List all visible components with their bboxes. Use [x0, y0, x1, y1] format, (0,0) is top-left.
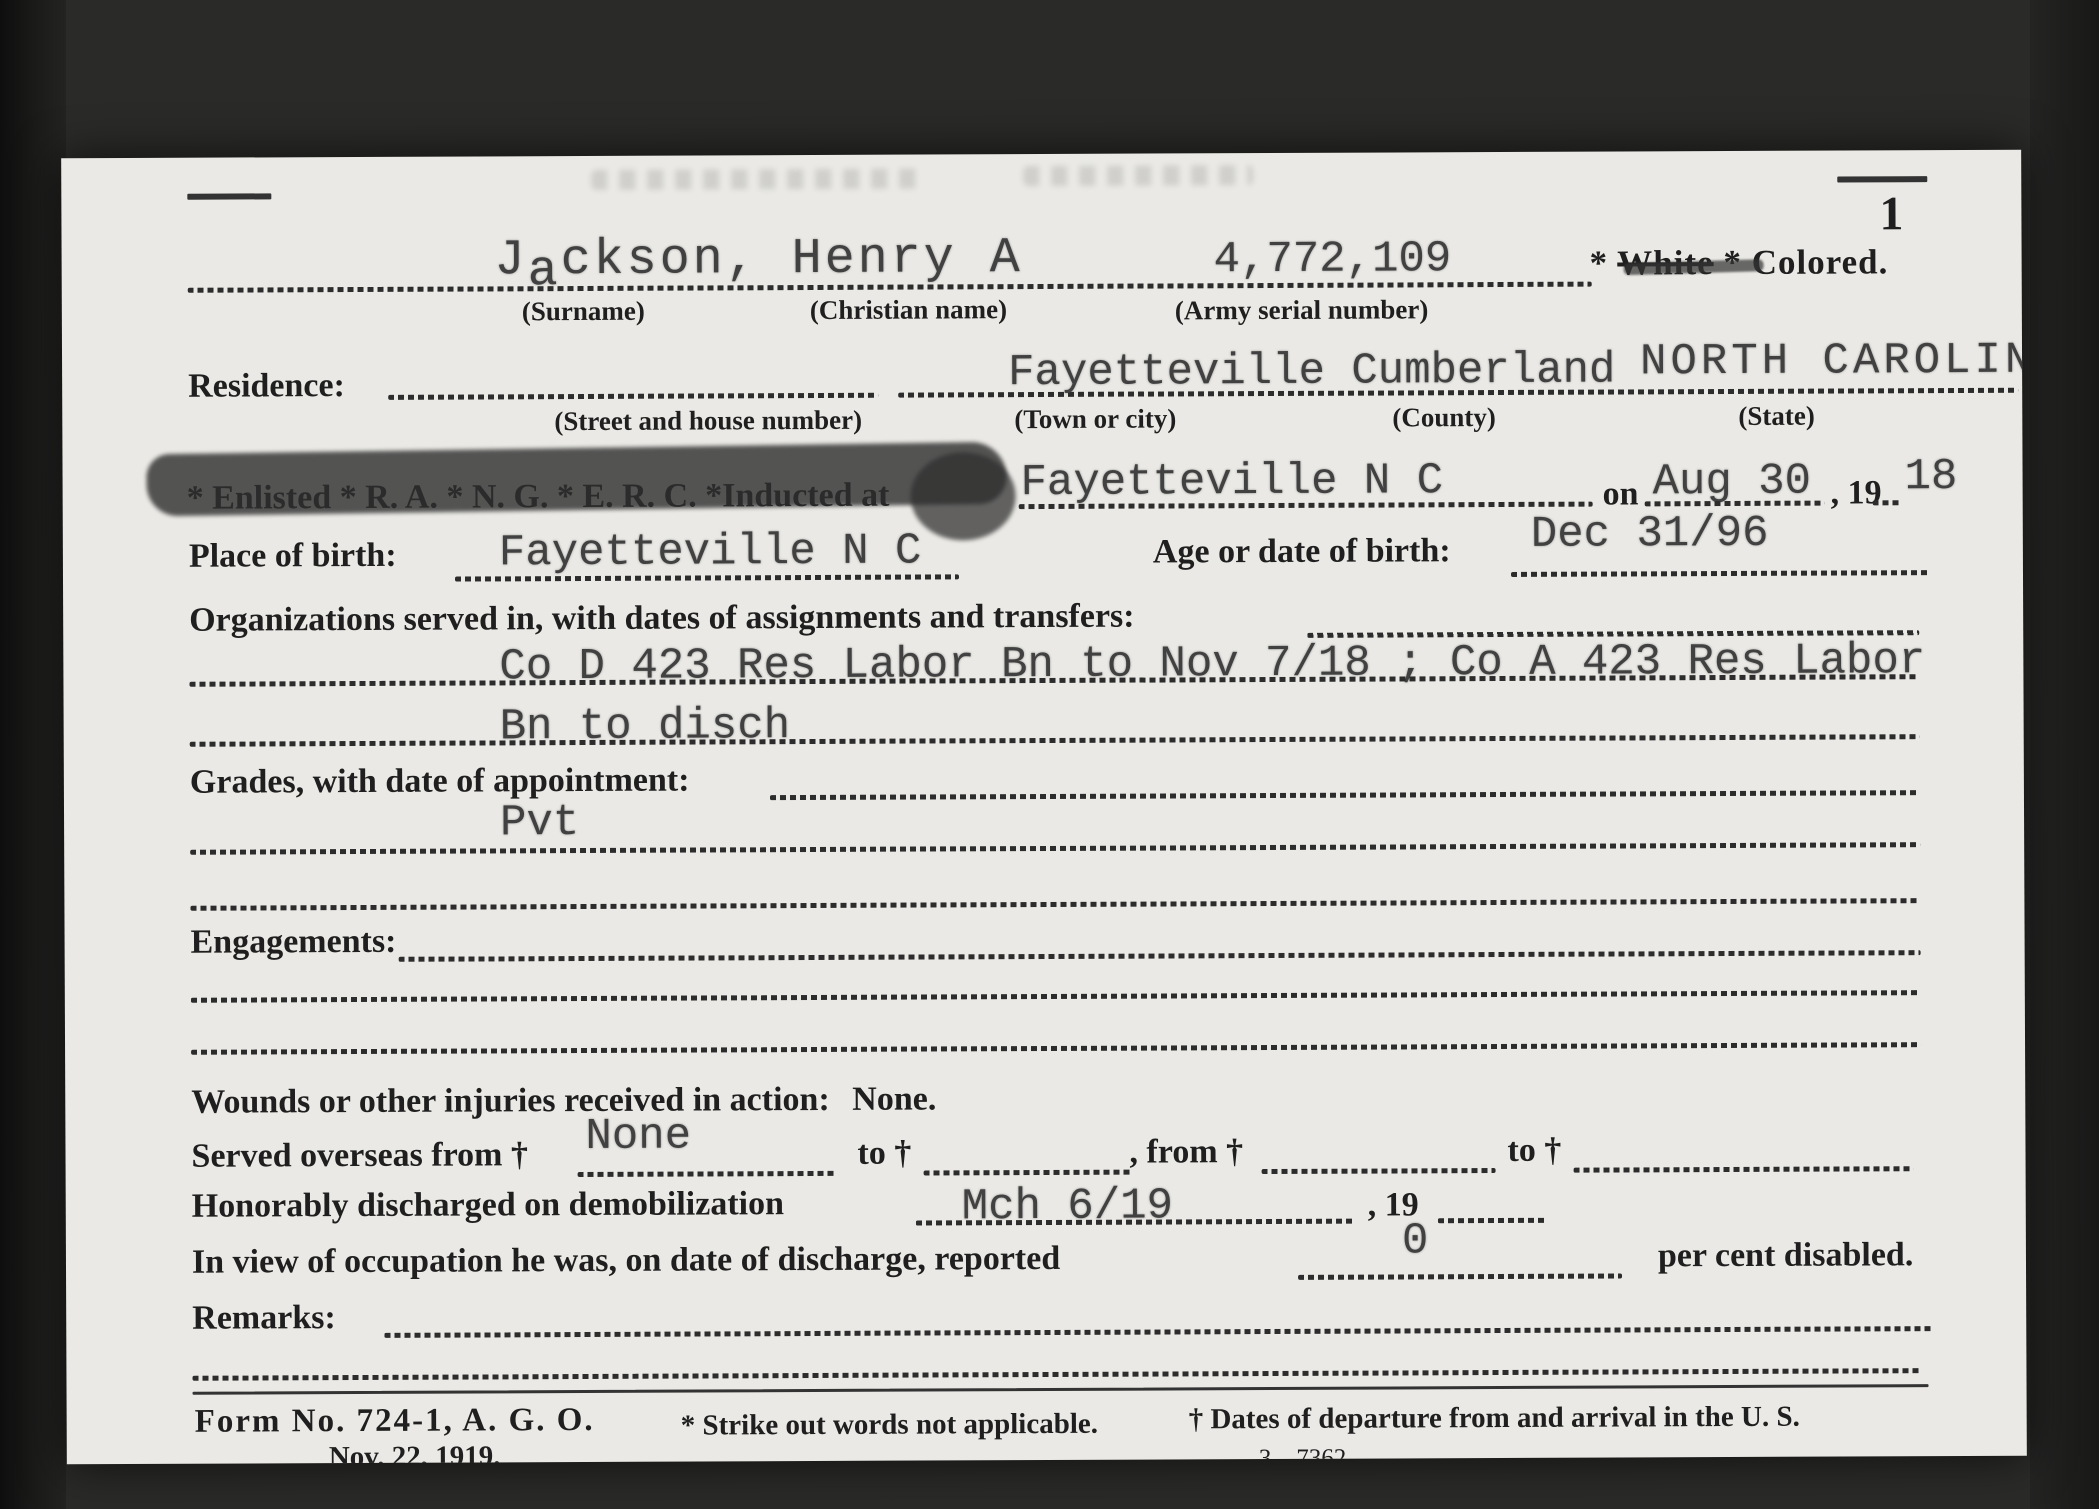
service-record-card: 1 Jackson, Henry A 4,772,109 * White * C…	[61, 150, 2027, 1465]
dotted-rule	[190, 734, 1920, 747]
surname-label: (Surname)	[522, 296, 645, 328]
disability-label: In view of occupation he was, on date of…	[192, 1240, 1060, 1282]
remarks-label: Remarks:	[192, 1299, 336, 1338]
state-label: (State)	[1738, 401, 1815, 432]
dotted-rule	[924, 1170, 1132, 1176]
typed-discharge-date: Mch 6/19	[962, 1181, 1173, 1232]
wounds-value: None.	[852, 1080, 936, 1117]
typed-serial-number: 4,772,109	[1214, 234, 1452, 285]
typed-birth-date: Dec 31/96	[1531, 509, 1769, 560]
dotted-rule	[1438, 1218, 1548, 1223]
town-label: (Town or city)	[1014, 403, 1176, 435]
redaction-smear	[910, 452, 1015, 540]
dotted-rule	[1574, 1166, 1914, 1172]
dotted-rule	[192, 1368, 1922, 1381]
dotted-rule	[190, 898, 1920, 911]
page-number-dash	[1837, 176, 1927, 182]
dotted-rule	[1873, 500, 1901, 505]
typed-name-part: J	[494, 232, 527, 289]
ghost-mark	[591, 169, 921, 190]
wounds-label-text: Wounds or other injuries received in act…	[191, 1081, 830, 1121]
dotted-rule	[770, 790, 1920, 800]
redaction-smear	[146, 442, 1007, 517]
typed-residence-state: NORTH CAROLINA	[1640, 336, 2027, 388]
dagger-note: † Dates of departure from and arrival in…	[1189, 1401, 1800, 1437]
typed-induction-date: Aug 30	[1652, 457, 1811, 508]
typed-disability-percent: 0	[1402, 1216, 1429, 1266]
scan-right-edge	[2030, 0, 2099, 1509]
discharge-label: Honorably discharged on demobilization	[192, 1185, 784, 1226]
dotted-rule	[1298, 1273, 1622, 1279]
dotted-rule	[1511, 570, 1931, 577]
scan-background: 1 Jackson, Henry A 4,772,109 * White * C…	[0, 0, 2099, 1509]
footer-divider-line	[193, 1384, 1929, 1395]
page-number: 1	[1879, 186, 1903, 241]
street-label: (Street and house number)	[554, 405, 862, 437]
form-number: Form No. 724-1, A. G. O.	[195, 1402, 595, 1441]
typed-overseas-from: None	[585, 1112, 691, 1162]
dotted-rule	[578, 1171, 836, 1177]
dotted-rule	[191, 990, 1921, 1003]
ghost-mark	[1023, 165, 1253, 186]
dotted-rule	[384, 1326, 1932, 1338]
on-label: on	[1603, 475, 1639, 513]
typed-residence-town-county: Fayetteville Cumberland	[1008, 346, 1616, 399]
residence-label: Residence:	[188, 367, 345, 406]
typed-name-part: ckson, Henry A	[561, 230, 1023, 289]
age-label: Age or date of birth:	[1153, 532, 1451, 571]
race-star: *	[1590, 244, 1609, 283]
overseas-label: Served overseas from †	[191, 1136, 528, 1175]
county-label: (County)	[1392, 402, 1496, 433]
dotted-rule	[1262, 1168, 1496, 1174]
organizations-label: Organizations served in, with dates of a…	[189, 598, 1135, 640]
form-date: Nov. 22, 1919.	[329, 1440, 501, 1464]
disability-suffix: per cent disabled.	[1658, 1236, 1914, 1275]
dotted-rule	[1645, 501, 1825, 507]
typed-inducted-place: Fayetteville N C	[1020, 456, 1443, 508]
typed-name-dropped-letter: a	[528, 243, 561, 300]
dotted-rule	[399, 950, 1921, 962]
overseas-to2-label: to †	[1507, 1132, 1561, 1170]
typed-grade: Pvt	[500, 798, 579, 848]
year-prefix-label: , 19	[1831, 474, 1882, 512]
typed-induction-year: 18	[1904, 452, 1957, 502]
christian-name-label: (Christian name)	[810, 294, 1007, 326]
corner-dash	[187, 193, 271, 199]
typed-birth-place: Fayetteville N C	[499, 527, 922, 579]
print-code: 3—7362	[1259, 1445, 1347, 1465]
grades-label: Grades, with date of appointment:	[190, 762, 690, 802]
typed-name: Jackson, Henry A	[494, 230, 1022, 289]
dotted-rule	[190, 842, 1920, 855]
dotted-rule	[388, 393, 878, 400]
strike-out-note: * Strike out words not applicable.	[681, 1408, 1098, 1443]
dotted-rule	[191, 1042, 1921, 1055]
wounds-label: Wounds or other injuries received in act…	[191, 1080, 936, 1121]
overseas-to-label: to †	[857, 1135, 911, 1173]
serial-number-label: (Army serial number)	[1175, 294, 1429, 326]
engagements-label: Engagements:	[191, 923, 397, 962]
birth-place-label: Place of birth:	[189, 537, 397, 576]
book-binding-edge	[0, 0, 66, 1509]
overseas-from2-label: , from †	[1129, 1133, 1243, 1171]
